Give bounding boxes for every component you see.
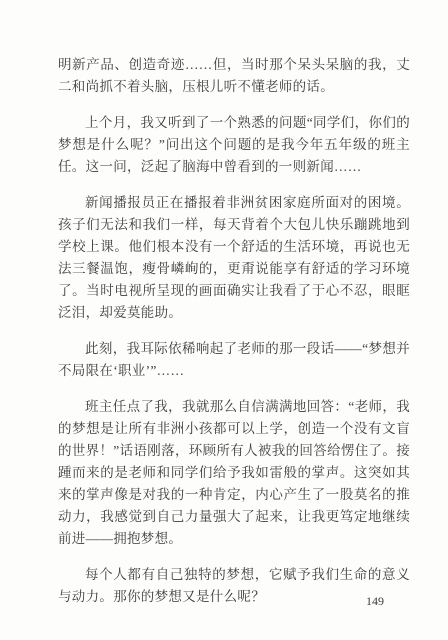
paragraph: 明新产品、创造奇迹……但，当时那个呆头呆脑的我，丈二和尚抓不着头脑，压根儿听不懂… [58,54,410,98]
paragraph: 此刻，我耳际依稀响起了老师的那一段话——“梦想并不局限在‘职业’”…… [58,338,410,382]
book-page: 明新产品、创造奇迹……但，当时那个呆头呆脑的我，丈二和尚抓不着头脑，压根儿听不懂… [0,0,448,640]
paragraph: 班主任点了我，我就那么自信满满地回答：“老师，我的梦想是让所有非洲小孩都可以上学… [58,396,410,550]
page-text-block: 明新产品、创造奇迹……但，当时那个呆头呆脑的我，丈二和尚抓不着头脑，压根儿听不懂… [58,54,410,622]
paragraph: 新闻播报员正在播报着非洲贫困家庭所面对的困境。孩子们无法和我们一样，每天背着个大… [58,192,410,324]
page-number: 149 [366,594,384,608]
paragraph: 每个人都有自己独特的梦想，它赋予我们生命的意义与动力。那你的梦想又是什么呢？ [58,564,410,608]
paragraph: 上个月，我又听到了一个熟悉的问题“同学们，你们的梦想是什么呢？”问出这个问题的是… [58,112,410,178]
